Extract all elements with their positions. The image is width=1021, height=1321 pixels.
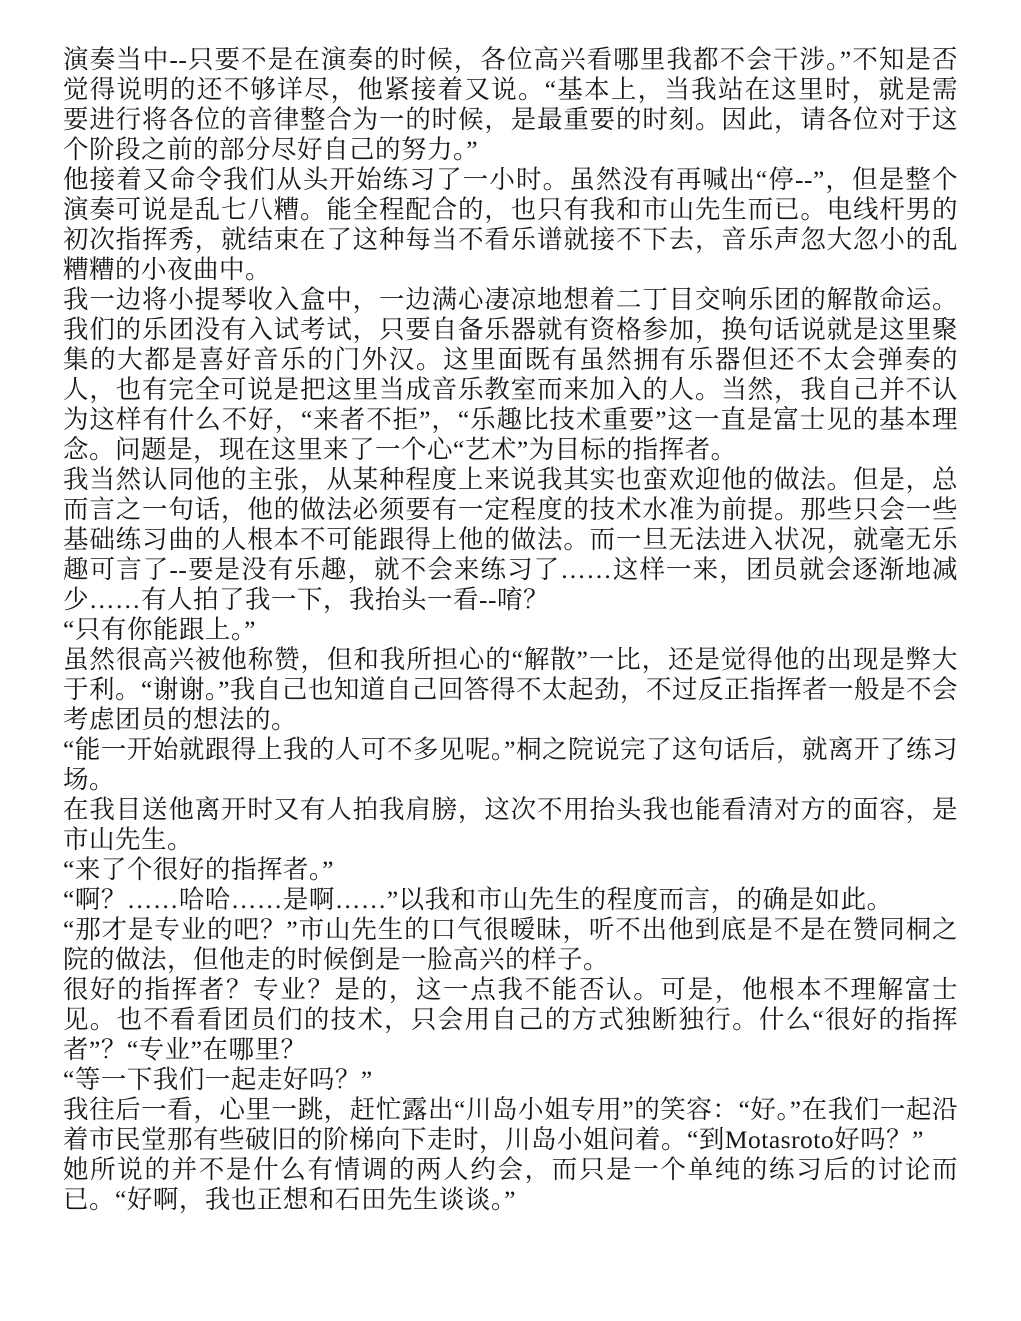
paragraph: 我往后一看，心里一跳，赶忙露出“川岛小姐专用”的笑容：“好。”在我们一起沿着市民…	[63, 1095, 958, 1155]
paragraph: “只有你能跟上。”	[63, 615, 958, 645]
paragraph: 很好的指挥者？专业？是的，这一点我不能否认。可是，他根本不理解富士见。也不看看团…	[63, 975, 958, 1065]
paragraph: 演奏当中--只要不是在演奏的时候，各位高兴看哪里我都不会干涉。”不知是否觉得说明…	[63, 45, 958, 165]
paragraph: “啊？……哈哈……是啊……”以我和市山先生的程度而言，的确是如此。	[63, 885, 958, 915]
paragraph: “能一开始就跟得上我的人可不多见呢。”桐之院说完了这句话后，就离开了练习场。	[63, 735, 958, 795]
book-page: 演奏当中--只要不是在演奏的时候，各位高兴看哪里我都不会干涉。”不知是否觉得说明…	[0, 0, 1021, 1321]
paragraph: 我一边将小提琴收入盒中，一边满心凄凉地想着二丁目交响乐团的解散命运。我们的乐团没…	[63, 285, 958, 465]
paragraph: “那才是专业的吧？”市山先生的口气很暧昧，听不出他到底是不是在赞同桐之院的做法，…	[63, 915, 958, 975]
paragraph: 虽然很高兴被他称赞，但和我所担心的“解散”一比，还是觉得他的出现是弊大于利。“谢…	[63, 645, 958, 735]
paragraph: 他接着又命令我们从头开始练习了一小时。虽然没有再喊出“停--”，但是整个演奏可说…	[63, 165, 958, 285]
paragraph: 在我目送他离开时又有人拍我肩膀，这次不用抬头我也能看清对方的面容，是市山先生。	[63, 795, 958, 855]
paragraph: 我当然认同他的主张，从某种程度上来说我其实也蛮欢迎他的做法。但是，总而言之一句话…	[63, 465, 958, 615]
paragraph: “等一下我们一起走好吗？”	[63, 1065, 958, 1095]
paragraph: “来了个很好的指挥者。”	[63, 855, 958, 885]
paragraph: 她所说的并不是什么有情调的两人约会，而只是一个单纯的练习后的讨论而已。“好啊，我…	[63, 1155, 958, 1215]
text-body: 演奏当中--只要不是在演奏的时候，各位高兴看哪里我都不会干涉。”不知是否觉得说明…	[63, 45, 958, 1215]
